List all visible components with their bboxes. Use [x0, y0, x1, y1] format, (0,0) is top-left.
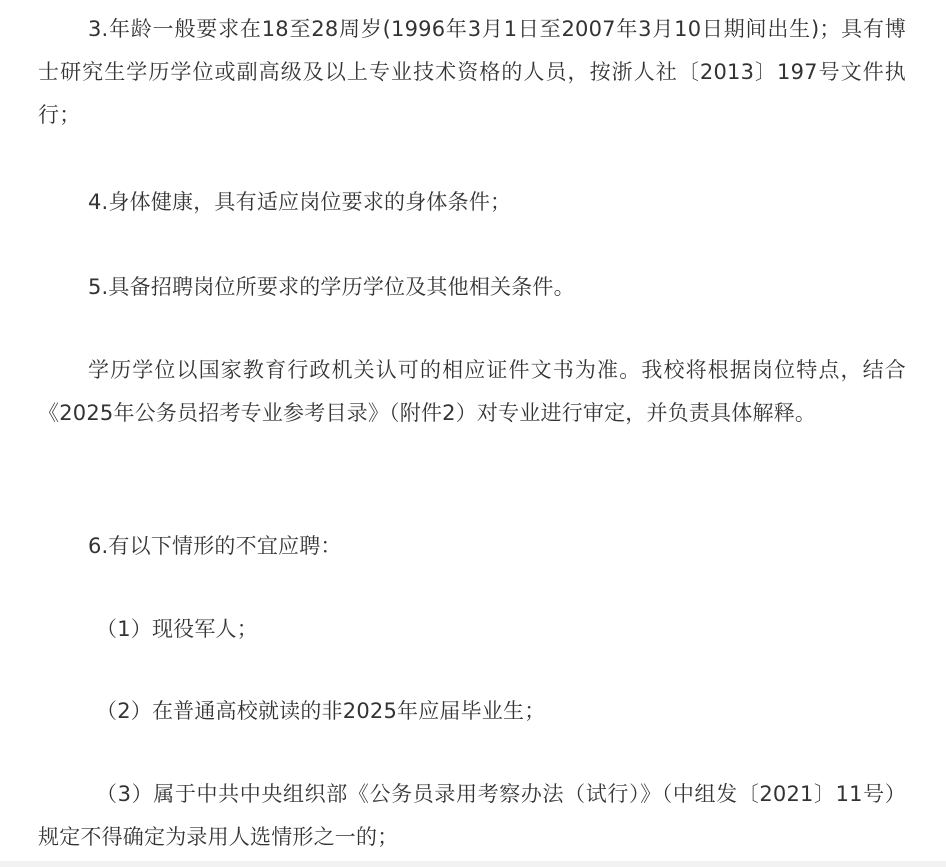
paragraph-item-6-3: （3）属于中共中央组织部《公务员录用考察办法（试行）》（中组发〔2021〕11号…: [38, 773, 906, 859]
paragraph-item-6: 6.有以下情形的不宜应聘：: [38, 525, 906, 568]
paragraph-item-6-2: （2）在普通高校就读的非2025年应届毕业生；: [38, 690, 906, 733]
paragraph-item-6-1: （1）现役军人；: [38, 608, 906, 651]
paragraph-item-3: 3.年龄一般要求在18至28周岁(1996年3月1日至2007年3月10日期间出…: [38, 8, 906, 137]
paragraph-item-5: 5.具备招聘岗位所要求的学历学位及其他相关条件。: [38, 266, 906, 309]
paragraph-item-4: 4.身体健康，具有适应岗位要求的身体条件；: [38, 181, 906, 224]
paragraph-degree-note: 学历学位以国家教育行政机关认可的相应证件文书为准。我校将根据岗位特点，结合《20…: [38, 349, 906, 435]
bottom-divider: [0, 861, 946, 867]
